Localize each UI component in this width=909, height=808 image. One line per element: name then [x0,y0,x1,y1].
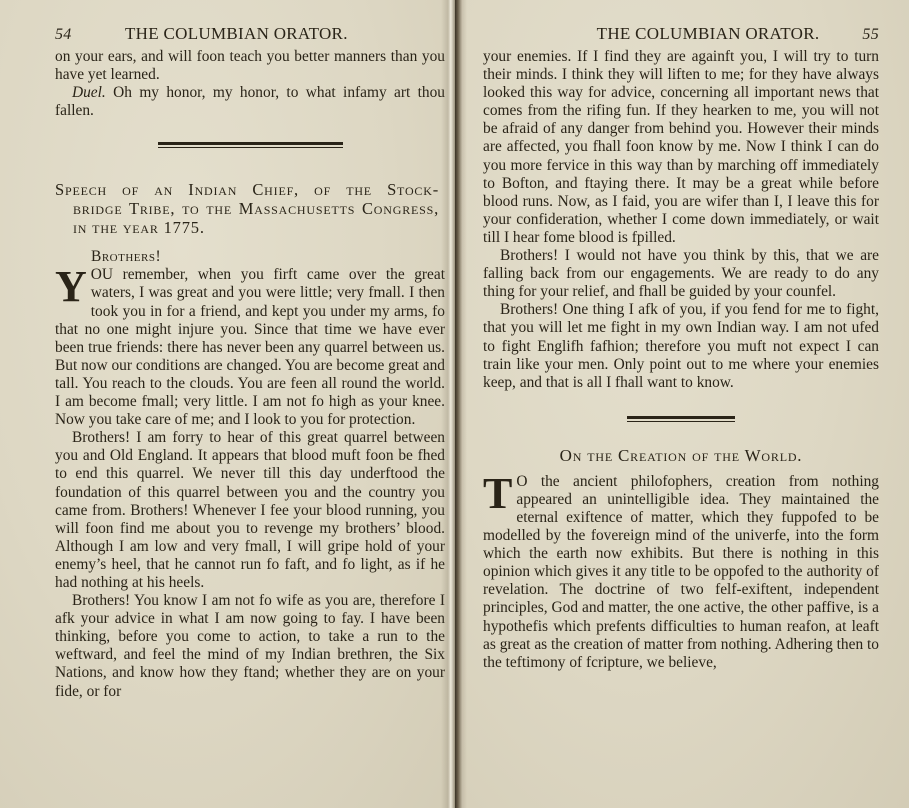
speech-continuation: your enemies. If I find they are againft… [483,48,879,392]
creation-body: TO the ancient philofophers, creation fr… [483,473,879,672]
running-head-left: 54 THE COLUMBIAN ORATOR. [55,24,445,48]
section-divider [627,416,735,422]
section-title-line: bridge Tribe, to the Massachusetts Congr… [55,199,439,218]
paragraph: Brothers! I am forry to hear of this gre… [55,429,445,592]
paragraph-text: OU remember, when you firft came over th… [55,266,445,428]
section-title-line: in the year 1775. [55,218,439,237]
book-spread: 54 THE COLUMBIAN ORATOR. on your ears, a… [0,0,909,808]
right-page: THE COLUMBIAN ORATOR. 55 your enemies. I… [455,0,909,808]
paragraph: Brothers! You know I am not fo wife as y… [55,592,445,701]
paragraph: on your ears, and will foon teach you be… [55,48,445,84]
speech-text: Oh my honor, my honor, to what infamy ar… [55,84,445,119]
running-title: THE COLUMBIAN ORATOR. [125,24,348,44]
section-title: Speech of an Indian Chief, of the Stock-… [55,180,445,237]
speech-body: YOU remember, when you firft came over t… [55,266,445,700]
speaker-name: Duel. [72,84,106,101]
salutation: Brothers! [91,247,445,266]
running-title: THE COLUMBIAN ORATOR. [597,24,820,44]
paragraph: YOU remember, when you firft came over t… [55,266,445,429]
section-title: On the Creation of the World. [483,446,879,465]
left-page: 54 THE COLUMBIAN ORATOR. on your ears, a… [0,0,455,808]
paragraph: Duel. Oh my honor, my honor, to what inf… [55,84,445,120]
drop-cap: Y [55,268,87,305]
running-head-right: THE COLUMBIAN ORATOR. 55 [483,24,879,48]
paragraph: Brothers! One thing I afk of you, if you… [483,301,879,391]
paragraph-text: O the ancient philofophers, creation fro… [483,473,879,671]
page-number: 54 [55,26,125,44]
drop-cap: T [483,475,512,512]
paragraph: TO the ancient philofophers, creation fr… [483,473,879,672]
section-divider [158,142,343,148]
page-number: 55 [862,26,879,44]
continuation-text: on your ears, and will foon teach you be… [55,48,445,120]
section-title-line: Speech of an Indian Chief, of the Stock- [55,180,439,199]
gutter-shadow [441,0,455,808]
gutter-shadow [455,0,467,808]
paragraph: Brothers! I would not have you think by … [483,247,879,301]
paragraph: your enemies. If I find they are againft… [483,48,879,247]
